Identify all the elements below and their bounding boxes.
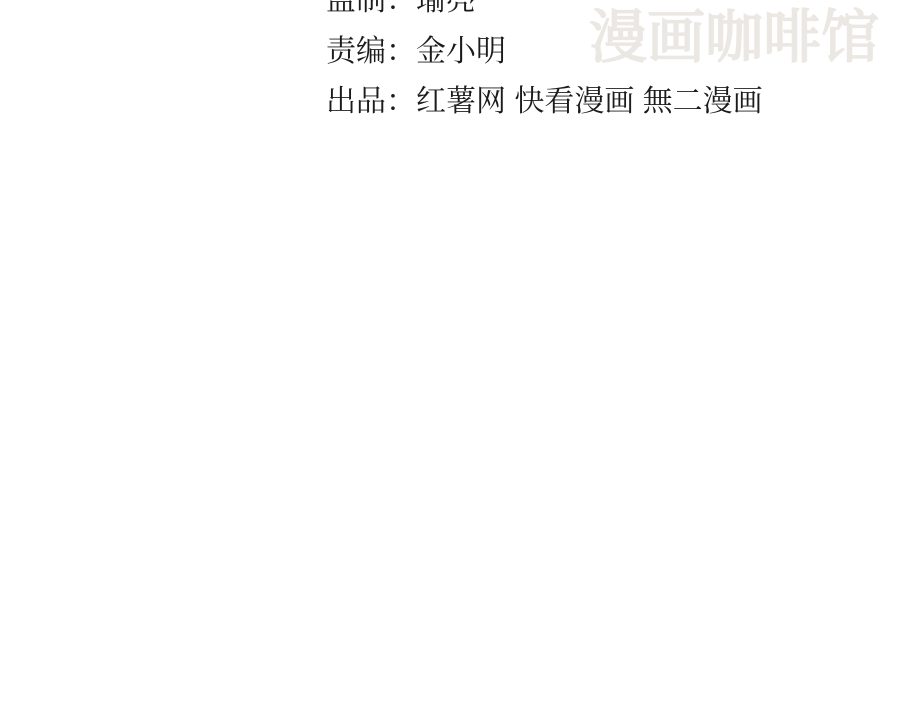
comic-credits-page: 漫画咖啡馆 监制：瑜亮 责编：金小明 出品：红薯网 快看漫画 無二漫画	[0, 0, 900, 702]
credit-line-supervisor: 监制：瑜亮	[326, 0, 476, 16]
credit-line-publisher: 出品：红薯网 快看漫画 無二漫画	[326, 87, 763, 117]
credit-line-editor: 责编：金小明	[326, 37, 506, 67]
site-watermark: 漫画咖啡馆	[589, 9, 879, 67]
